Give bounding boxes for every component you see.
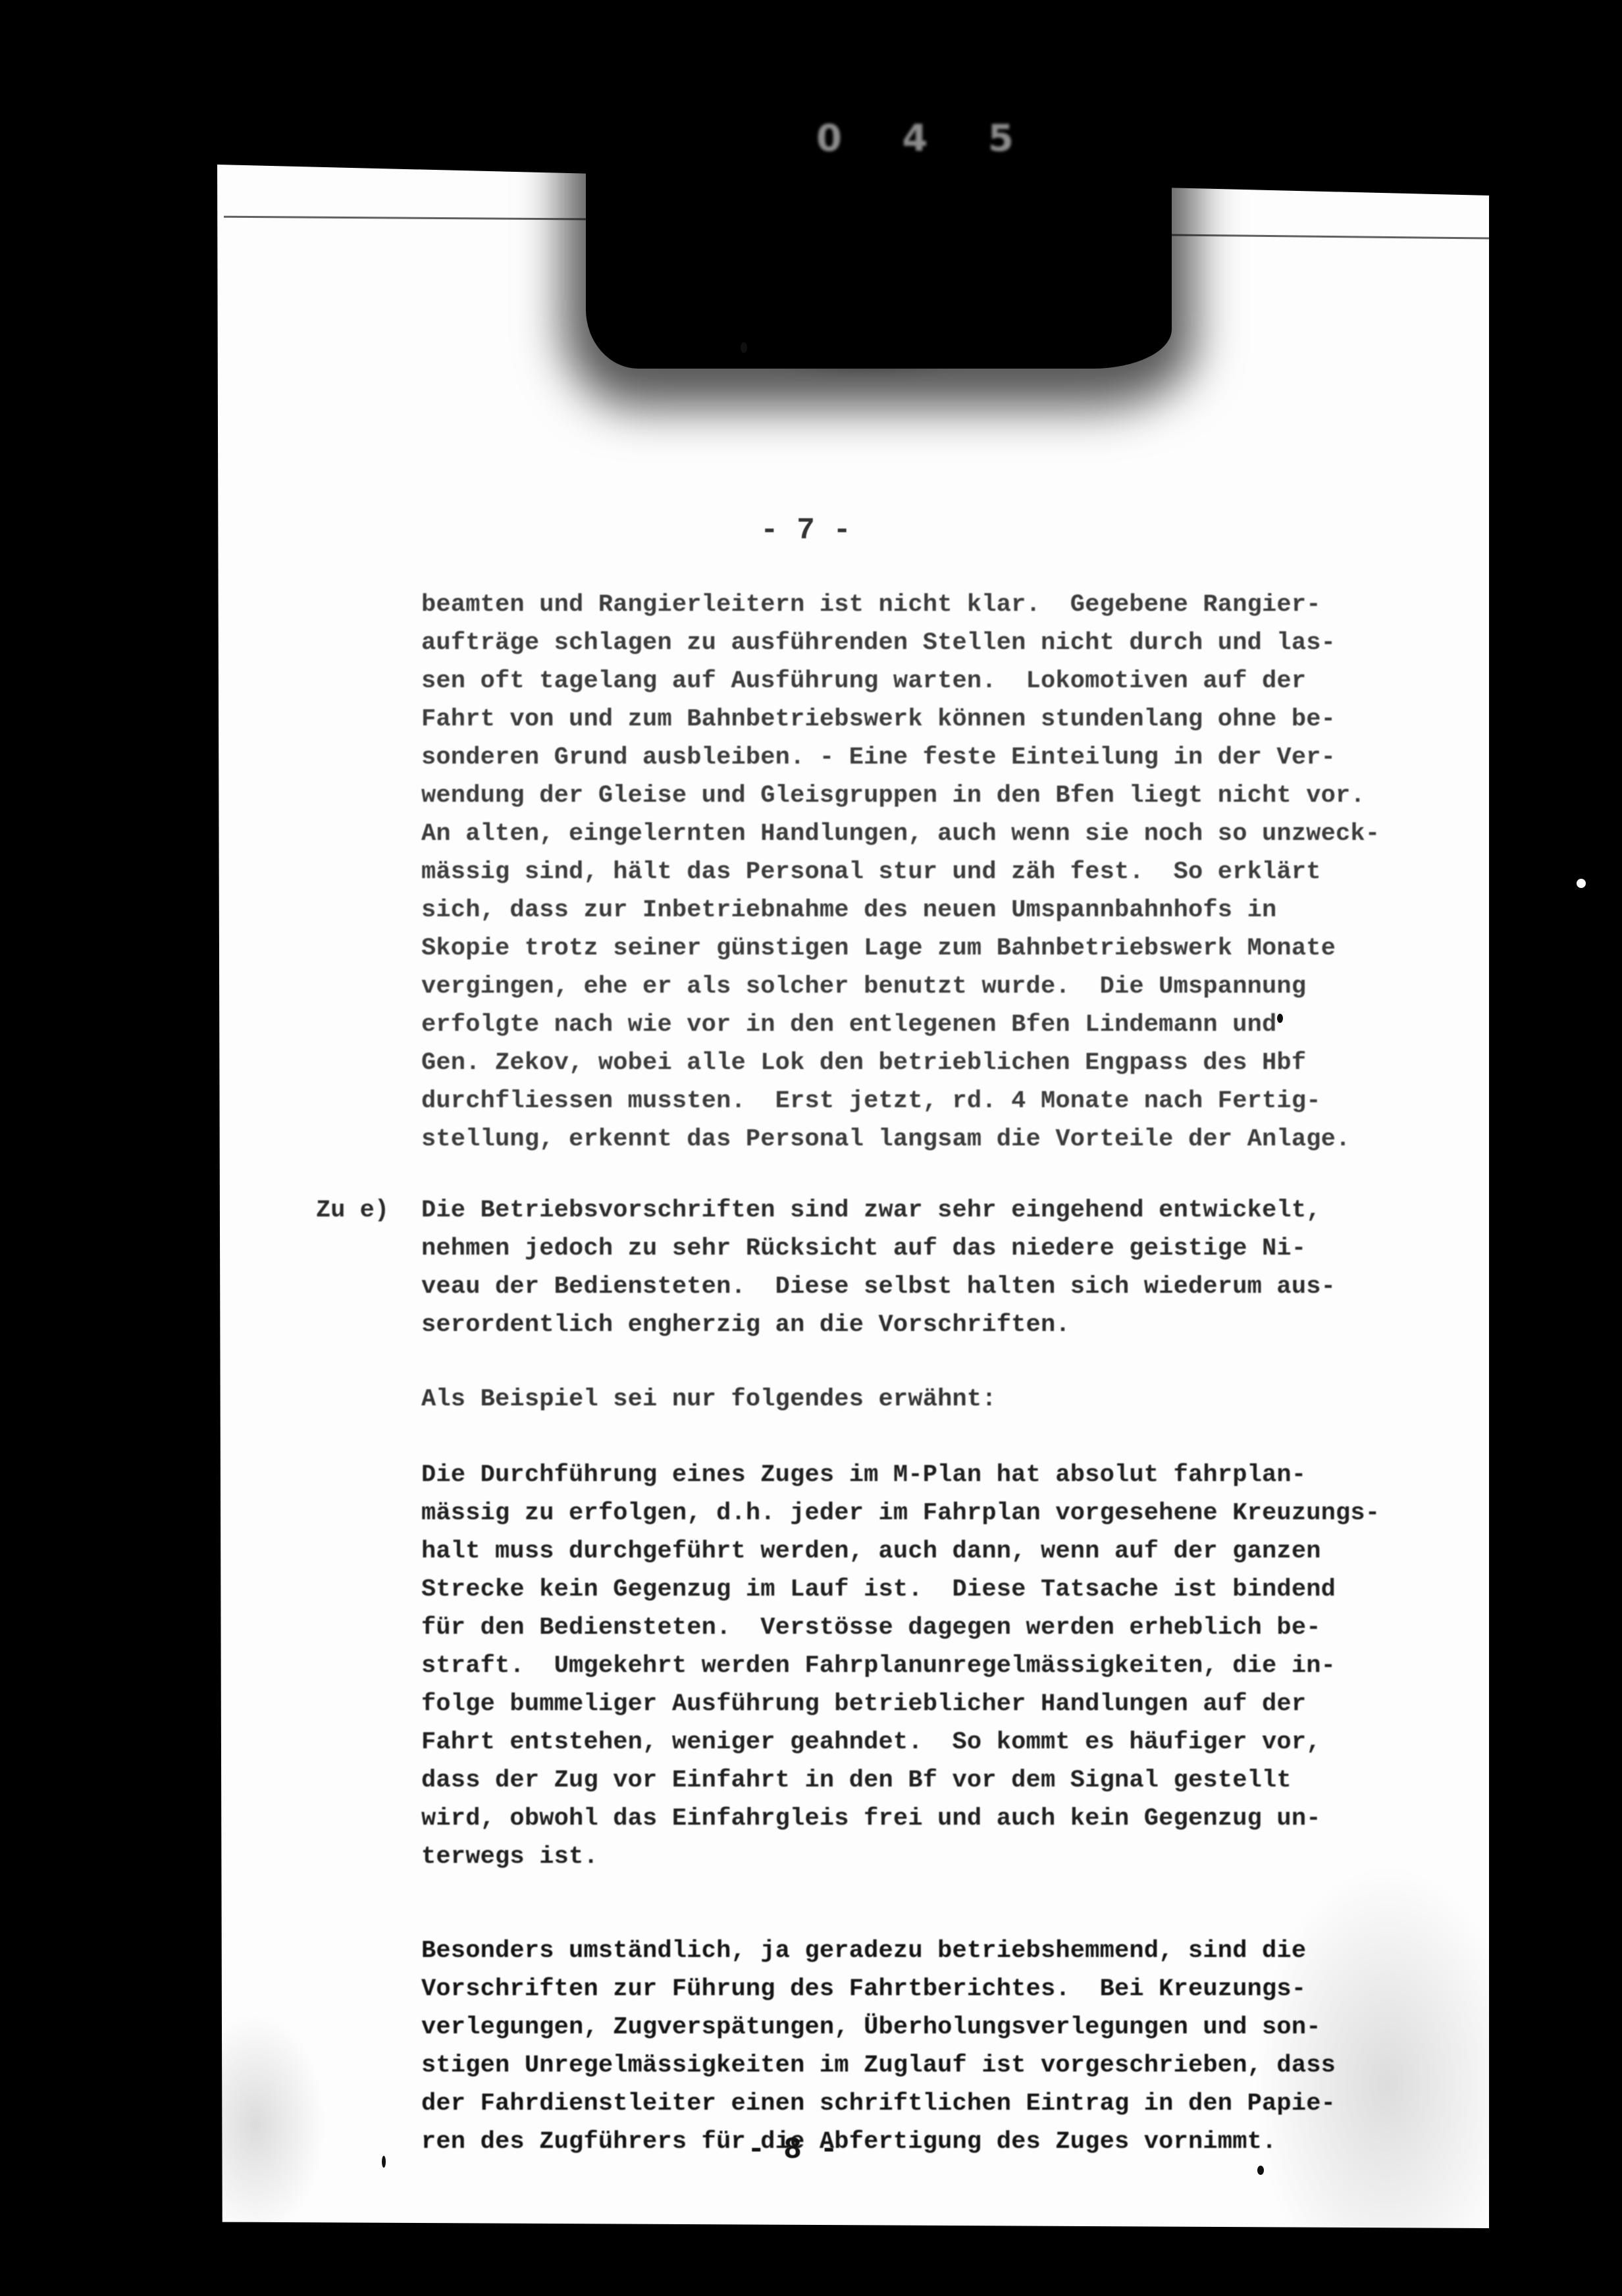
text-line: sich, dass zur Inbetriebnahme des neuen … (421, 891, 1422, 929)
text-line: Vorschriften zur Führung des Fahrtberich… (421, 1970, 1422, 2008)
ink-speck (1257, 2166, 1264, 2175)
text-line: wird, obwohl das Einfahrgleis frei und a… (421, 1800, 1422, 1838)
text-line: für den Bediensteten. Verstösse dagegen … (421, 1609, 1422, 1647)
archive-stamp: 0 4 5 (816, 117, 1037, 160)
text-line: sen oft tagelang auf Ausführung warten. … (421, 662, 1422, 700)
text-line: Fahrt entstehen, weniger geahndet. So ko… (421, 1723, 1422, 1761)
text-line: nehmen jedoch zu sehr Rücksicht auf das … (421, 1230, 1422, 1268)
ink-speck (382, 2156, 386, 2168)
page-number-bottom: - 8 - (747, 2133, 838, 2167)
text-line: vergingen, ehe er als solcher benutzt wu… (421, 968, 1422, 1006)
section-label-zu-e: Zu e) (316, 1191, 389, 1230)
text-line: verlegungen, Zugverspätungen, Überholung… (421, 2008, 1422, 2047)
text-line: dass der Zug vor Einfahrt in den Bf vor … (421, 1761, 1422, 1800)
text-line: Als Beispiel sei nur folgendes erwähnt: (421, 1380, 1422, 1419)
text-line: erfolgte nach wie vor in den entlegenen … (421, 1006, 1422, 1044)
ink-speck (741, 342, 747, 353)
paragraph-zu-e: Die Betriebsvorschriften sind zwar sehr … (421, 1191, 1422, 1344)
text-line: stellung, erkennt das Personal langsam d… (421, 1120, 1422, 1159)
text-line: Strecke kein Gegenzug im Lauf ist. Diese… (421, 1571, 1422, 1609)
text-line: ren des Zugführers für die Abfertigung d… (421, 2123, 1422, 2161)
paragraph-continuation: beamten und Rangierleitern ist nicht kla… (421, 586, 1422, 1159)
text-line: veau der Bediensteten. Diese selbst halt… (421, 1268, 1422, 1306)
text-line: serordentlich engherzig an die Vorschrif… (421, 1306, 1422, 1344)
text-line: folge bummeliger Ausführung betriebliche… (421, 1685, 1422, 1723)
ink-speck (1277, 1014, 1283, 1023)
text-line: wendung der Gleise und Gleisgruppen in d… (421, 777, 1422, 815)
text-line: Skopie trotz seiner günstigen Lage zum B… (421, 929, 1422, 968)
text-line: straft. Umgekehrt werden Fahrplanunregel… (421, 1647, 1422, 1685)
paragraph-fahrbericht: Besonders umständlich, ja geradezu betri… (421, 1932, 1422, 2161)
text-line: halt muss durchgeführt werden, auch dann… (421, 1532, 1422, 1571)
paragraph-example-intro: Als Beispiel sei nur folgendes erwähnt: (421, 1380, 1422, 1419)
text-line: Die Durchführung eines Zuges im M-Plan h… (421, 1456, 1422, 1494)
text-line: An alten, eingelernten Handlungen, auch … (421, 815, 1422, 853)
text-line: der Fahrdienstleiter einen schriftlichen… (421, 2085, 1422, 2123)
text-line: mässig sind, hält das Personal stur und … (421, 853, 1422, 891)
text-line: aufträge schlagen zu ausführenden Stelle… (421, 624, 1422, 662)
text-line: Gen. Zekov, wobei alle Lok den betriebli… (421, 1044, 1422, 1082)
text-line: beamten und Rangierleitern ist nicht kla… (421, 586, 1422, 624)
page-number-top: - 7 - (760, 513, 851, 548)
film-speck (1577, 879, 1586, 888)
text-line: Fahrt von und zum Bahnbetriebswerk könne… (421, 700, 1422, 739)
text-line: durchfliessen mussten. Erst jetzt, rd. 4… (421, 1082, 1422, 1120)
text-line: stigen Unregelmässigkeiten im Zuglauf is… (421, 2047, 1422, 2085)
text-line: sonderen Grund ausbleiben. - Eine feste … (421, 739, 1422, 777)
text-line: Die Betriebsvorschriften sind zwar sehr … (421, 1191, 1422, 1230)
text-line: terwegs ist. (421, 1838, 1422, 1876)
text-line: mässig zu erfolgen, d.h. jeder im Fahrpl… (421, 1494, 1422, 1532)
binder-clip-tip (757, 290, 974, 349)
paragraph-example: Die Durchführung eines Zuges im M-Plan h… (421, 1456, 1422, 1876)
text-line: Besonders umständlich, ja geradezu betri… (421, 1932, 1422, 1970)
